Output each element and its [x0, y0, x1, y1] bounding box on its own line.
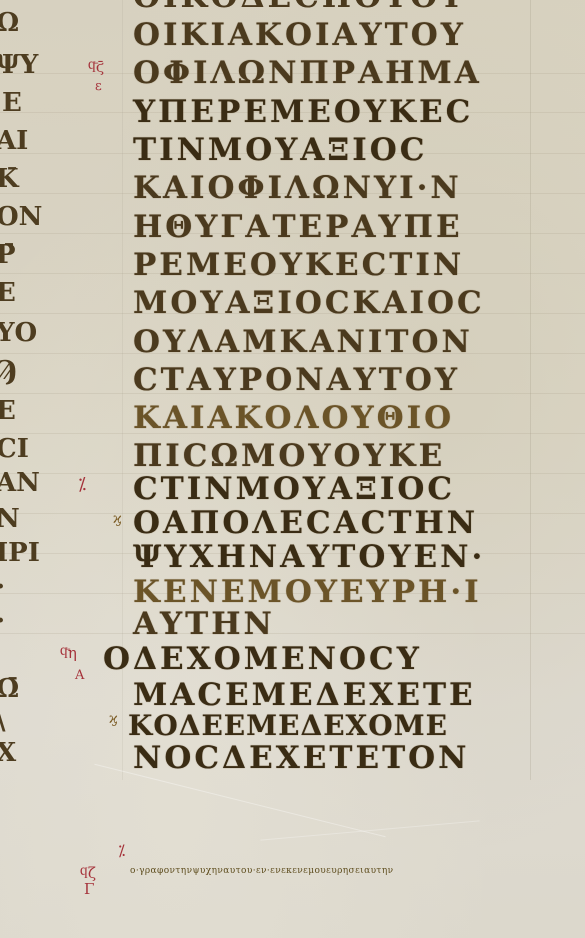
left-fragment: ·: [0, 608, 5, 634]
text-line-17: ΑΥΤΗΝ: [133, 609, 275, 640]
text-line-13: CΤΙΝΜΟΥΑΞΙΟC: [133, 474, 455, 505]
text-line-10: CΤΑΥΡΟΝΑΥΤΟΥ: [133, 365, 460, 396]
left-fragment: ΑΝ: [0, 470, 40, 496]
left-fragment: Κ̄: [0, 166, 19, 192]
text-line-4: ΤΙΝΜΟΥΑΞΙΟC: [133, 135, 427, 166]
kai-abbreviation-2: ϗ: [109, 712, 118, 726]
text-line-16: ΚΕΝΕΜΟΥΕΥΡΗ·Ι: [133, 577, 482, 608]
obelus-mark: ⁒: [78, 476, 86, 494]
marginal-correction-note: ο·γραφοντηνψυχηναυτου·εν·ενεκενεμουευρησ…: [130, 867, 393, 876]
left-fragment: Ν: [0, 506, 20, 532]
left-fragment: Ε: [0, 280, 16, 306]
text-line-19: ΜΑCΕΜΕΔΕΧΕΤΕ: [133, 680, 476, 711]
text-line-11: ΚΑΙΑΚΟΛΟΥΘΙΟ: [133, 403, 454, 434]
text-line-7: ΡΕΜΕΟΥΚΕCΤΙΝ: [133, 250, 464, 281]
canon-number-2: Α: [75, 669, 84, 682]
text-line-6: ΗΘΥΓΑΤΕΡΑΥΠΕ: [133, 212, 463, 243]
left-fragment: Ε: [2, 90, 22, 116]
text-line-9: ΟΥΛΑΜΚΑΝΙΤΟΝ: [133, 327, 473, 358]
kai-abbreviation-1: ϗ: [113, 512, 122, 526]
left-fragment: ΨΥ: [0, 52, 38, 78]
bottom-obelus-mark: ⁒: [118, 843, 125, 859]
bottom-section-number: ϥζ: [80, 866, 96, 881]
left-fragment: Ρ̄: [0, 242, 16, 268]
left-fragment: Ε: [0, 398, 16, 424]
left-fragment: Ϡ: [0, 358, 17, 384]
cut-top-line: ΟΙΚΟΔΕCΠΟΤΟΥ: [133, 0, 465, 13]
text-line-5: ΚΑΙΟΦΙΛΩΝΥΙ·Ν: [133, 173, 462, 204]
text-line-3: ΥΠΕΡΕΜΕΟΥΚΕC: [133, 97, 473, 128]
left-fragment: CΙ: [0, 436, 29, 462]
left-fragment: ΟΝ: [0, 204, 42, 230]
text-line-21: ΝΟCΔΕΧΕΤΕΤΟΝ: [133, 743, 469, 774]
left-fragment: ·: [0, 574, 5, 600]
text-line-1: ΟΙΚΙΑΚΟΙΑΥΤΟΥ: [133, 20, 466, 51]
left-fragment: Χ: [0, 740, 16, 766]
left-fragment: ΑΙ: [0, 128, 28, 154]
text-line-18: ΟΔΕΧΟΜΕΝΟCΥ: [103, 644, 422, 675]
text-line-12: ΠΙCΩΜΟΥΟΥΚΕ: [133, 441, 445, 472]
text-line-8: ΜΟΥΑΞΙΟCΚΑΙΟC: [133, 288, 485, 319]
left-fragment: Ω: [0, 10, 19, 36]
section-number-2: ϥ̄η: [60, 646, 77, 661]
text-line-15: ΨΥΧΗΝΑΥΤΟΥΕΝ·: [133, 542, 485, 573]
section-number-1: ϥ̄ϛ̄: [88, 60, 104, 75]
canon-number-1: ε: [95, 80, 102, 93]
left-fragment: Ω̄: [0, 676, 19, 702]
left-fragment: ΥΟ: [0, 320, 37, 346]
text-line-20: ΚΟΔΕΕΜΕΔΕΧΟΜΕ: [128, 712, 448, 740]
text-line-2: ΟΦΙΛΩΝΠΡΑΗΜΑ: [133, 58, 482, 89]
ruling-line: [0, 633, 585, 634]
bottom-canon-number: Γ: [84, 882, 94, 897]
column-edge: [530, 0, 531, 780]
left-fragment: \: [0, 708, 6, 734]
left-fragment: ΙΡΙ: [0, 540, 40, 566]
text-line-14: ΟΑΠΟΛΕCΑCΤΗΝ: [133, 508, 478, 539]
